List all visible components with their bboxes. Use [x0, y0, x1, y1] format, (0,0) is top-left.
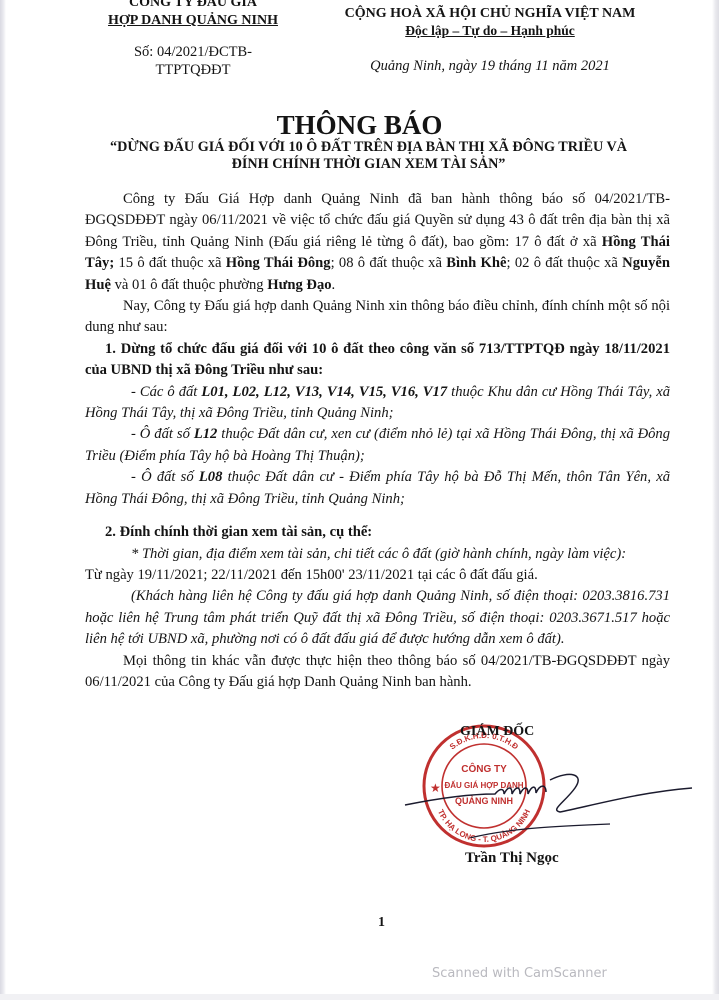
- intro-text: Công ty Đấu Giá Hợp danh Quảng Ninh đã b…: [85, 191, 670, 250]
- commune-name: Bình Khê: [446, 255, 506, 271]
- national-motto: Độc lập – Tự do – Hạnh phúc: [325, 23, 655, 39]
- section-2-heading: 2. Đính chính thời gian xem tài sản, cụ …: [85, 522, 670, 543]
- section-1-item: - Ô đất số L08 thuộc Đất dân cư - Điểm p…: [85, 467, 670, 510]
- viewing-time-paragraph: * Thời gian, địa điểm xem tài sản, chi t…: [85, 544, 670, 565]
- document-number-line2: TTPTQĐĐT: [88, 61, 298, 79]
- document-body: Công ty Đấu Giá Hợp danh Quảng Ninh đã b…: [85, 189, 670, 693]
- lot-codes: L01, L02, L12, V13, V14, V15, V16, V17: [201, 384, 447, 400]
- intro-text: và 01 ô đất thuộc phường: [111, 277, 267, 293]
- item-text: - Ô đất số: [131, 469, 199, 485]
- signer-role: GIÁM ĐỐC: [460, 724, 534, 740]
- intro-text: ; 08 ô đất thuộc xã: [331, 255, 447, 271]
- scanner-watermark: Scanned with CamScanner: [432, 966, 607, 981]
- intro-text: .: [332, 277, 336, 293]
- document-number-line1: Số: 04/2021/ĐCTB-: [88, 43, 298, 61]
- ward-name: Hưng Đạo: [267, 277, 331, 293]
- spacer: [85, 510, 670, 522]
- commune-name: Hồng Thái Đông: [226, 255, 331, 271]
- handwritten-signature-icon: [400, 758, 700, 838]
- scan-edge-right: [712, 0, 719, 1000]
- closing-paragraph: Mọi thông tin khác vẫn được thực hiện th…: [85, 651, 670, 694]
- national-title: CỘNG HOÀ XÃ HỘI CHỦ NGHĨA VIỆT NAM: [325, 5, 655, 23]
- document-number: Số: 04/2021/ĐCTB- TTPTQĐĐT: [88, 43, 298, 79]
- lot-codes: L08: [199, 469, 223, 485]
- scan-edge-bottom: [0, 994, 719, 1000]
- document-title: THÔNG BÁO: [0, 110, 719, 140]
- intro-paragraph: Công ty Đấu Giá Hợp danh Quảng Ninh đã b…: [85, 189, 670, 296]
- page-number: 1: [378, 915, 385, 931]
- section-1-item: - Các ô đất L01, L02, L12, V13, V14, V15…: [85, 382, 670, 425]
- adjustment-paragraph: Nay, Công ty Đấu giá hợp danh Quảng Ninh…: [85, 296, 670, 339]
- issuer-header: CÔNG TY ĐẤU GIÁ HỢP DANH QUẢNG NINH Số: …: [88, 0, 298, 79]
- scan-edge-left: [0, 0, 6, 1000]
- contact-paragraph: (Khách hàng liên hệ Công ty đấu giá hợp …: [85, 586, 670, 650]
- item-text: - Ô đất số: [131, 426, 194, 442]
- signer-name: Trần Thị Ngọc: [465, 850, 559, 867]
- viewing-dates: Từ ngày 19/11/2021; 22/11/2021 đến 15h00…: [85, 565, 670, 586]
- lot-codes: L12: [194, 426, 218, 442]
- document-subtitle: “DỪNG ĐẤU GIÁ ĐỐI VỚI 10 Ô ĐẤT TRÊN ĐỊA …: [96, 139, 641, 173]
- issuer-name-line1: CÔNG TY ĐẤU GIÁ: [88, 0, 298, 12]
- intro-text: ; 02 ô đất thuộc xã: [507, 255, 623, 271]
- section-1-item: - Ô đất số L12 thuộc Đất dân cư, xen cư …: [85, 424, 670, 467]
- intro-text: 15 ô đất thuộc xã: [114, 255, 226, 271]
- place-date: Quảng Ninh, ngày 19 tháng 11 năm 2021: [325, 57, 655, 75]
- item-text: - Các ô đất: [131, 384, 201, 400]
- signature-block: ★ CÔNG TY ĐẤU GIÁ HỢP DANH QUẢNG NINH S.…: [400, 718, 680, 878]
- issuer-name-line2: HỢP DANH QUẢNG NINH: [88, 12, 298, 30]
- section-1-heading: 1. Dừng tổ chức đấu giá đối với 10 ô đất…: [85, 339, 670, 382]
- national-header: CỘNG HOÀ XÃ HỘI CHỦ NGHĨA VIỆT NAM Độc l…: [325, 5, 655, 75]
